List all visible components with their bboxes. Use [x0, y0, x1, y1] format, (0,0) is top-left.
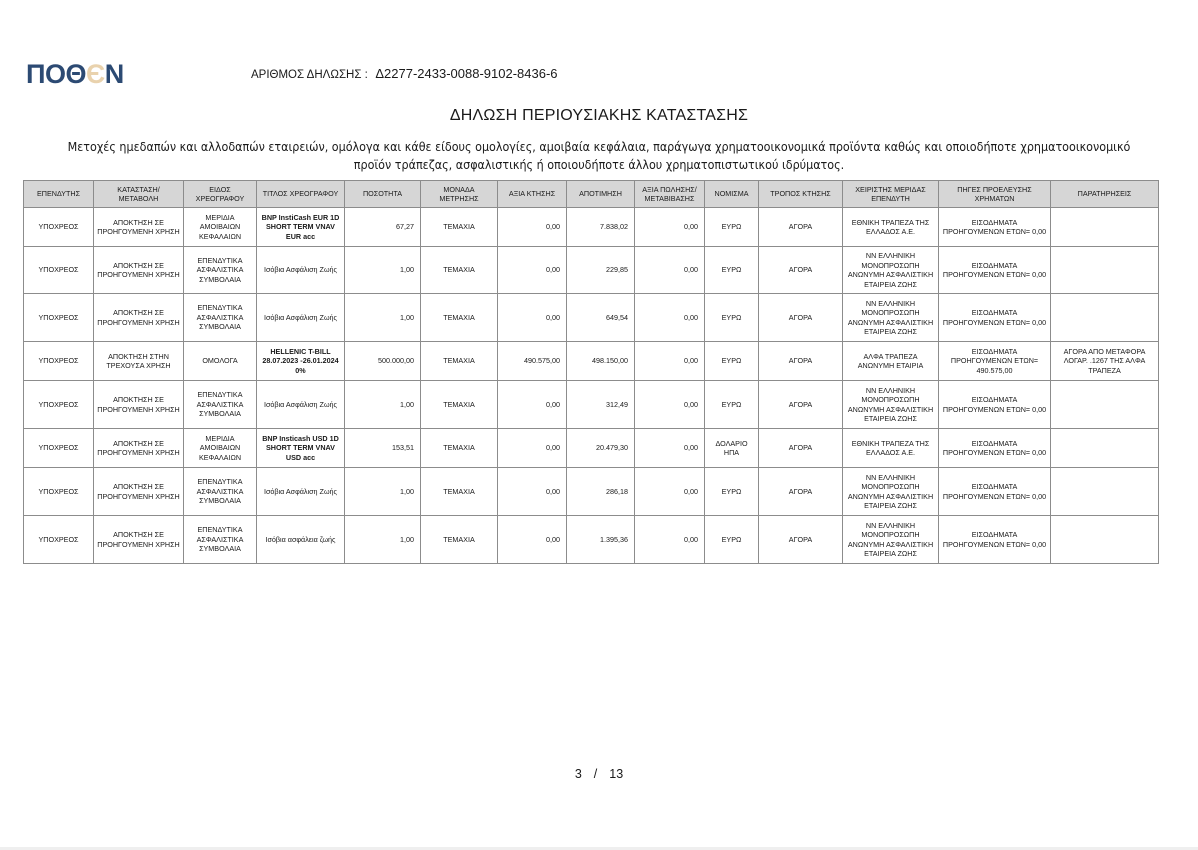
cell-quantity: 67,27 — [345, 208, 421, 247]
cell-sale-value: 0,00 — [635, 247, 705, 294]
cell-valuation: 286,18 — [567, 468, 635, 516]
cell-security-type: ΕΠΕΝΔΥΤΙΚΑ ΑΣΦΑΛΙΣΤΙΚΑ ΣΥΜΒΟΛΑΙΑ — [184, 247, 257, 294]
cell-sale-value: 0,00 — [635, 294, 705, 342]
cell-quantity: 500.000,00 — [345, 342, 421, 381]
cell-remarks: ΑΓΟΡΑ ΑΠΟ ΜΕΤΑΦΟΡΑ ΛΟΓΑΡ. .1267 ΤΗΣ ΑΛΦΑ… — [1051, 342, 1159, 381]
table-row: ΥΠΟΧΡΕΟΣΑΠΟΚΤΗΣΗ ΣΕ ΠΡΟΗΓΟΥΜΕΝΗ ΧΡΗΣΗΕΠΕ… — [24, 247, 1159, 294]
cell-security-type: ΕΠΕΝΔΥΤΙΚΑ ΑΣΦΑΛΙΣΤΙΚΑ ΣΥΜΒΟΛΑΙΑ — [184, 381, 257, 429]
cell-source-of-funds: ΕΙΣΟΔΗΜΑΤΑ ΠΡΟΗΓΟΥΜΕΝΩΝ ΕΤΩΝ= 0,00 — [939, 516, 1051, 564]
cell-sale-value: 0,00 — [635, 429, 705, 468]
cell-security-type: ΕΠΕΝΔΥΤΙΚΑ ΑΣΦΑΛΙΣΤΙΚΑ ΣΥΜΒΟΛΑΙΑ — [184, 294, 257, 342]
cell-portfolio-manager: ΕΘΝΙΚΗ ΤΡΑΠΕΖΑ ΤΗΣ ΕΛΛΑΔΟΣ Α.Ε. — [843, 429, 939, 468]
cell-source-of-funds: ΕΙΣΟΔΗΜΑΤΑ ΠΡΟΗΓΟΥΜΕΝΩΝ ΕΤΩΝ= 0,00 — [939, 381, 1051, 429]
cell-sale-value: 0,00 — [635, 381, 705, 429]
logo-text-accent: Є — [86, 59, 105, 89]
cell-unit: ΤΕΜΑΧΙΑ — [421, 342, 498, 381]
column-header-security-title: ΤΙΤΛΟΣ ΧΡΕΟΓΡΑΦΟΥ — [257, 181, 345, 208]
declaration-number: ΑΡΙΘΜΟΣ ΔΗΛΩΣΗΣ : Δ2277-2433-0088-9102-8… — [251, 66, 558, 81]
column-header-remarks: ΠΑΡΑΤΗΡΗΣΕΙΣ — [1051, 181, 1159, 208]
cell-valuation: 229,85 — [567, 247, 635, 294]
cell-investor: ΥΠΟΧΡΕΟΣ — [24, 381, 94, 429]
current-page: 3 — [575, 767, 582, 781]
column-header-acquisition-value: ΑΞΙΑ ΚΤΗΣΗΣ — [498, 181, 567, 208]
cell-remarks — [1051, 247, 1159, 294]
cell-currency: ΕΥΡΩ — [705, 294, 759, 342]
cell-valuation: 498.150,00 — [567, 342, 635, 381]
document-title: ΔΗΛΩΣΗ ΠΕΡΙΟΥΣΙΑΚΗΣ ΚΑΤΑΣΤΑΣΗΣ — [0, 107, 1198, 125]
cell-remarks — [1051, 294, 1159, 342]
cell-security-type: ΜΕΡΙΔΙΑ ΑΜΟΙΒΑΙΩΝ ΚΕΦΑΛΑΙΩΝ — [184, 208, 257, 247]
cell-unit: ΤΕΜΑΧΙΑ — [421, 468, 498, 516]
poten-logo: ΠΟΘЄΝ — [26, 58, 124, 90]
cell-remarks — [1051, 429, 1159, 468]
cell-quantity: 1,00 — [345, 294, 421, 342]
table-row: ΥΠΟΧΡΕΟΣΑΠΟΚΤΗΣΗ ΣΕ ΠΡΟΗΓΟΥΜΕΝΗ ΧΡΗΣΗΕΠΕ… — [24, 294, 1159, 342]
page-separator: / — [594, 767, 597, 781]
cell-acquisition-value: 0,00 — [498, 468, 567, 516]
cell-investor: ΥΠΟΧΡΕΟΣ — [24, 429, 94, 468]
cell-portfolio-manager: ΕΘΝΙΚΗ ΤΡΑΠΕΖΑ ΤΗΣ ΕΛΛΑΔΟΣ Α.Ε. — [843, 208, 939, 247]
financial-assets-table: ΕΠΕΝΔΥΤΗΣΚΑΤΑΣΤΑΣΗ/ ΜΕΤΑΒΟΛΗΕΙΔΟΣ ΧΡΕΟΓΡ… — [23, 180, 1159, 564]
cell-source-of-funds: ΕΙΣΟΔΗΜΑΤΑ ΠΡΟΗΓΟΥΜΕΝΩΝ ΕΤΩΝ= 0,00 — [939, 429, 1051, 468]
cell-source-of-funds: ΕΙΣΟΔΗΜΑΤΑ ΠΡΟΗΓΟΥΜΕΝΩΝ ΕΤΩΝ= 0,00 — [939, 468, 1051, 516]
column-header-valuation: ΑΠΟΤΙΜΗΣΗ — [567, 181, 635, 208]
cell-status-change: ΑΠΟΚΤΗΣΗ ΣΕ ΠΡΟΗΓΟΥΜΕΝΗ ΧΡΗΣΗ — [94, 381, 184, 429]
cell-unit: ΤΕΜΑΧΙΑ — [421, 294, 498, 342]
cell-status-change: ΑΠΟΚΤΗΣΗ ΣΕ ΠΡΟΗΓΟΥΜΕΝΗ ΧΡΗΣΗ — [94, 468, 184, 516]
table-row: ΥΠΟΧΡΕΟΣΑΠΟΚΤΗΣΗ ΣΕ ΠΡΟΗΓΟΥΜΕΝΗ ΧΡΗΣΗΕΠΕ… — [24, 516, 1159, 564]
cell-remarks — [1051, 516, 1159, 564]
cell-currency: ΕΥΡΩ — [705, 516, 759, 564]
cell-status-change: ΑΠΟΚΤΗΣΗ ΣΕ ΠΡΟΗΓΟΥΜΕΝΗ ΧΡΗΣΗ — [94, 247, 184, 294]
cell-status-change: ΑΠΟΚΤΗΣΗ ΣΕ ΠΡΟΗΓΟΥΜΕΝΗ ΧΡΗΣΗ — [94, 516, 184, 564]
total-pages: 13 — [609, 767, 623, 781]
cell-unit: ΤΕΜΑΧΙΑ — [421, 429, 498, 468]
cell-currency: ΔΟΛΑΡΙΟ ΗΠΑ — [705, 429, 759, 468]
cell-acquisition-value: 0,00 — [498, 381, 567, 429]
cell-status-change: ΑΠΟΚΤΗΣΗ ΣΕ ΠΡΟΗΓΟΥΜΕΝΗ ΧΡΗΣΗ — [94, 294, 184, 342]
cell-security-title: Ισόβια Ασφάλιση Ζωής — [257, 468, 345, 516]
cell-security-type: ΟΜΟΛΟΓΑ — [184, 342, 257, 381]
column-header-quantity: ΠΟΣΟΤΗΤΑ — [345, 181, 421, 208]
cell-sale-value: 0,00 — [635, 468, 705, 516]
table-row: ΥΠΟΧΡΕΟΣΑΠΟΚΤΗΣΗ ΣΕ ΠΡΟΗΓΟΥΜΕΝΗ ΧΡΗΣΗΕΠΕ… — [24, 381, 1159, 429]
cell-acquisition-method: ΑΓΟΡΑ — [759, 208, 843, 247]
column-header-portfolio-manager: ΧΕΙΡΙΣΤΗΣ ΜΕΡΙΔΑΣ ΕΠΕΝΔΥΤΗ — [843, 181, 939, 208]
cell-security-title: Ισόβια Ασφάλιση Ζωής — [257, 381, 345, 429]
cell-valuation: 1.395,36 — [567, 516, 635, 564]
column-header-unit: ΜΟΝΑΔΑ ΜΕΤΡΗΣΗΣ — [421, 181, 498, 208]
cell-acquisition-value: 0,00 — [498, 294, 567, 342]
cell-unit: ΤΕΜΑΧΙΑ — [421, 208, 498, 247]
cell-portfolio-manager: ΝΝ ΕΛΛΗΝΙΚΗ ΜΟΝΟΠΡΟΣΩΠΗ ΑΝΩΝΥΜΗ ΑΣΦΑΛΙΣΤ… — [843, 381, 939, 429]
column-header-sale-value: ΑΞΙΑ ΠΩΛΗΣΗΣ/ ΜΕΤΑΒΙΒΑΣΗΣ — [635, 181, 705, 208]
cell-quantity: 153,51 — [345, 429, 421, 468]
cell-status-change: ΑΠΟΚΤΗΣΗ ΣΤΗΝ ΤΡΕΧΟΥΣΑ ΧΡΗΣΗ — [94, 342, 184, 381]
column-header-currency: ΝΟΜΙΣΜΑ — [705, 181, 759, 208]
cell-unit: ΤΕΜΑΧΙΑ — [421, 381, 498, 429]
cell-investor: ΥΠΟΧΡΕΟΣ — [24, 468, 94, 516]
cell-valuation: 20.479,30 — [567, 429, 635, 468]
cell-acquisition-method: ΑΓΟΡΑ — [759, 381, 843, 429]
cell-sale-value: 0,00 — [635, 208, 705, 247]
cell-source-of-funds: ΕΙΣΟΔΗΜΑΤΑ ΠΡΟΗΓΟΥΜΕΝΩΝ ΕΤΩΝ= 0,00 — [939, 247, 1051, 294]
cell-investor: ΥΠΟΧΡΕΟΣ — [24, 208, 94, 247]
cell-acquisition-method: ΑΓΟΡΑ — [759, 342, 843, 381]
cell-acquisition-value: 0,00 — [498, 429, 567, 468]
cell-status-change: ΑΠΟΚΤΗΣΗ ΣΕ ΠΡΟΗΓΟΥΜΕΝΗ ΧΡΗΣΗ — [94, 429, 184, 468]
cell-portfolio-manager: ΝΝ ΕΛΛΗΝΙΚΗ ΜΟΝΟΠΡΟΣΩΠΗ ΑΝΩΝΥΜΗ ΑΣΦΑΛΙΣΤ… — [843, 468, 939, 516]
cell-acquisition-value: 0,00 — [498, 516, 567, 564]
cell-security-title: Ισόβια ασφάλεια ζωής — [257, 516, 345, 564]
table-row: ΥΠΟΧΡΕΟΣΑΠΟΚΤΗΣΗ ΣΤΗΝ ΤΡΕΧΟΥΣΑ ΧΡΗΣΗΟΜΟΛ… — [24, 342, 1159, 381]
cell-security-type: ΕΠΕΝΔΥΤΙΚΑ ΑΣΦΑΛΙΣΤΙΚΑ ΣΥΜΒΟΛΑΙΑ — [184, 468, 257, 516]
cell-remarks — [1051, 208, 1159, 247]
cell-unit: ΤΕΜΑΧΙΑ — [421, 247, 498, 294]
cell-investor: ΥΠΟΧΡΕΟΣ — [24, 247, 94, 294]
cell-acquisition-method: ΑΓΟΡΑ — [759, 294, 843, 342]
cell-status-change: ΑΠΟΚΤΗΣΗ ΣΕ ΠΡΟΗΓΟΥΜΕΝΗ ΧΡΗΣΗ — [94, 208, 184, 247]
declaration-number-value: Δ2277-2433-0088-9102-8436-6 — [375, 66, 557, 81]
cell-sale-value: 0,00 — [635, 342, 705, 381]
cell-security-title: Ισόβια Ασφάλιση Ζωής — [257, 294, 345, 342]
cell-currency: ΕΥΡΩ — [705, 381, 759, 429]
cell-currency: ΕΥΡΩ — [705, 247, 759, 294]
cell-portfolio-manager: ΑΛΦΑ ΤΡΑΠΕΖΑ ΑΝΩΝΥΜΗ ΕΤΑΙΡΙΑ — [843, 342, 939, 381]
cell-valuation: 312,49 — [567, 381, 635, 429]
cell-investor: ΥΠΟΧΡΕΟΣ — [24, 516, 94, 564]
page-indicator: 3/13 — [0, 767, 1198, 781]
cell-security-title: Ισόβια Ασφάλιση Ζωής — [257, 247, 345, 294]
cell-remarks — [1051, 381, 1159, 429]
column-header-investor: ΕΠΕΝΔΥΤΗΣ — [24, 181, 94, 208]
cell-acquisition-value: 0,00 — [498, 208, 567, 247]
section-description: Μετοχές ημεδαπών και αλλοδαπών εταιρειών… — [64, 138, 1134, 174]
column-header-source-of-funds: ΠΗΓΕΣ ΠΡΟΕΛΕΥΣΗΣ ΧΡΗΜΑΤΩΝ — [939, 181, 1051, 208]
cell-security-title: BNP Insticash USD 1D SHORT TERM VNAV USD… — [257, 429, 345, 468]
column-header-status-change: ΚΑΤΑΣΤΑΣΗ/ ΜΕΤΑΒΟΛΗ — [94, 181, 184, 208]
table-row: ΥΠΟΧΡΕΟΣΑΠΟΚΤΗΣΗ ΣΕ ΠΡΟΗΓΟΥΜΕΝΗ ΧΡΗΣΗΕΠΕ… — [24, 468, 1159, 516]
cell-currency: ΕΥΡΩ — [705, 342, 759, 381]
cell-portfolio-manager: ΝΝ ΕΛΛΗΝΙΚΗ ΜΟΝΟΠΡΟΣΩΠΗ ΑΝΩΝΥΜΗ ΑΣΦΑΛΙΣΤ… — [843, 247, 939, 294]
cell-currency: ΕΥΡΩ — [705, 468, 759, 516]
logo-text-primary-end: Ν — [105, 59, 124, 89]
declaration-number-label: ΑΡΙΘΜΟΣ ΔΗΛΩΣΗΣ : — [251, 69, 368, 81]
cell-source-of-funds: ΕΙΣΟΔΗΜΑΤΑ ΠΡΟΗΓΟΥΜΕΝΩΝ ΕΤΩΝ= 0,00 — [939, 294, 1051, 342]
cell-quantity: 1,00 — [345, 381, 421, 429]
cell-investor: ΥΠΟΧΡΕΟΣ — [24, 294, 94, 342]
cell-acquisition-method: ΑΓΟΡΑ — [759, 468, 843, 516]
cell-source-of-funds: ΕΙΣΟΔΗΜΑΤΑ ΠΡΟΗΓΟΥΜΕΝΩΝ ΕΤΩΝ= 0,00 — [939, 208, 1051, 247]
table-row: ΥΠΟΧΡΕΟΣΑΠΟΚΤΗΣΗ ΣΕ ΠΡΟΗΓΟΥΜΕΝΗ ΧΡΗΣΗΜΕΡ… — [24, 429, 1159, 468]
logo-text-primary: ΠΟΘ — [26, 59, 86, 89]
table-body: ΥΠΟΧΡΕΟΣΑΠΟΚΤΗΣΗ ΣΕ ΠΡΟΗΓΟΥΜΕΝΗ ΧΡΗΣΗΜΕΡ… — [24, 208, 1159, 564]
cell-sale-value: 0,00 — [635, 516, 705, 564]
cell-valuation: 7.838,02 — [567, 208, 635, 247]
cell-acquisition-method: ΑΓΟΡΑ — [759, 429, 843, 468]
cell-quantity: 1,00 — [345, 247, 421, 294]
column-header-acquisition-method: ΤΡΟΠΟΣ ΚΤΗΣΗΣ — [759, 181, 843, 208]
cell-acquisition-value: 0,00 — [498, 247, 567, 294]
cell-security-type: ΕΠΕΝΔΥΤΙΚΑ ΑΣΦΑΛΙΣΤΙΚΑ ΣΥΜΒΟΛΑΙΑ — [184, 516, 257, 564]
cell-portfolio-manager: ΝΝ ΕΛΛΗΝΙΚΗ ΜΟΝΟΠΡΟΣΩΠΗ ΑΝΩΝΥΜΗ ΑΣΦΑΛΙΣΤ… — [843, 516, 939, 564]
cell-acquisition-method: ΑΓΟΡΑ — [759, 516, 843, 564]
table-row: ΥΠΟΧΡΕΟΣΑΠΟΚΤΗΣΗ ΣΕ ΠΡΟΗΓΟΥΜΕΝΗ ΧΡΗΣΗΜΕΡ… — [24, 208, 1159, 247]
cell-unit: ΤΕΜΑΧΙΑ — [421, 516, 498, 564]
cell-remarks — [1051, 468, 1159, 516]
cell-quantity: 1,00 — [345, 468, 421, 516]
cell-acquisition-value: 490.575,00 — [498, 342, 567, 381]
column-header-security-type: ΕΙΔΟΣ ΧΡΕΟΓΡΑΦΟΥ — [184, 181, 257, 208]
table-header-row: ΕΠΕΝΔΥΤΗΣΚΑΤΑΣΤΑΣΗ/ ΜΕΤΑΒΟΛΗΕΙΔΟΣ ΧΡΕΟΓΡ… — [24, 181, 1159, 208]
cell-security-type: ΜΕΡΙΔΙΑ ΑΜΟΙΒΑΙΩΝ ΚΕΦΑΛΑΙΩΝ — [184, 429, 257, 468]
cell-currency: ΕΥΡΩ — [705, 208, 759, 247]
cell-security-title: HELLENIC T-BILL 28.07.2023 -26.01.2024 0… — [257, 342, 345, 381]
cell-valuation: 649,54 — [567, 294, 635, 342]
cell-source-of-funds: ΕΙΣΟΔΗΜΑΤΑ ΠΡΟΗΓΟΥΜΕΝΩΝ ΕΤΩΝ= 490.575,00 — [939, 342, 1051, 381]
cell-security-title: BNP InstiCash EUR 1D SHORT TERM VNAV EUR… — [257, 208, 345, 247]
cell-quantity: 1,00 — [345, 516, 421, 564]
cell-acquisition-method: ΑΓΟΡΑ — [759, 247, 843, 294]
cell-investor: ΥΠΟΧΡΕΟΣ — [24, 342, 94, 381]
cell-portfolio-manager: ΝΝ ΕΛΛΗΝΙΚΗ ΜΟΝΟΠΡΟΣΩΠΗ ΑΝΩΝΥΜΗ ΑΣΦΑΛΙΣΤ… — [843, 294, 939, 342]
